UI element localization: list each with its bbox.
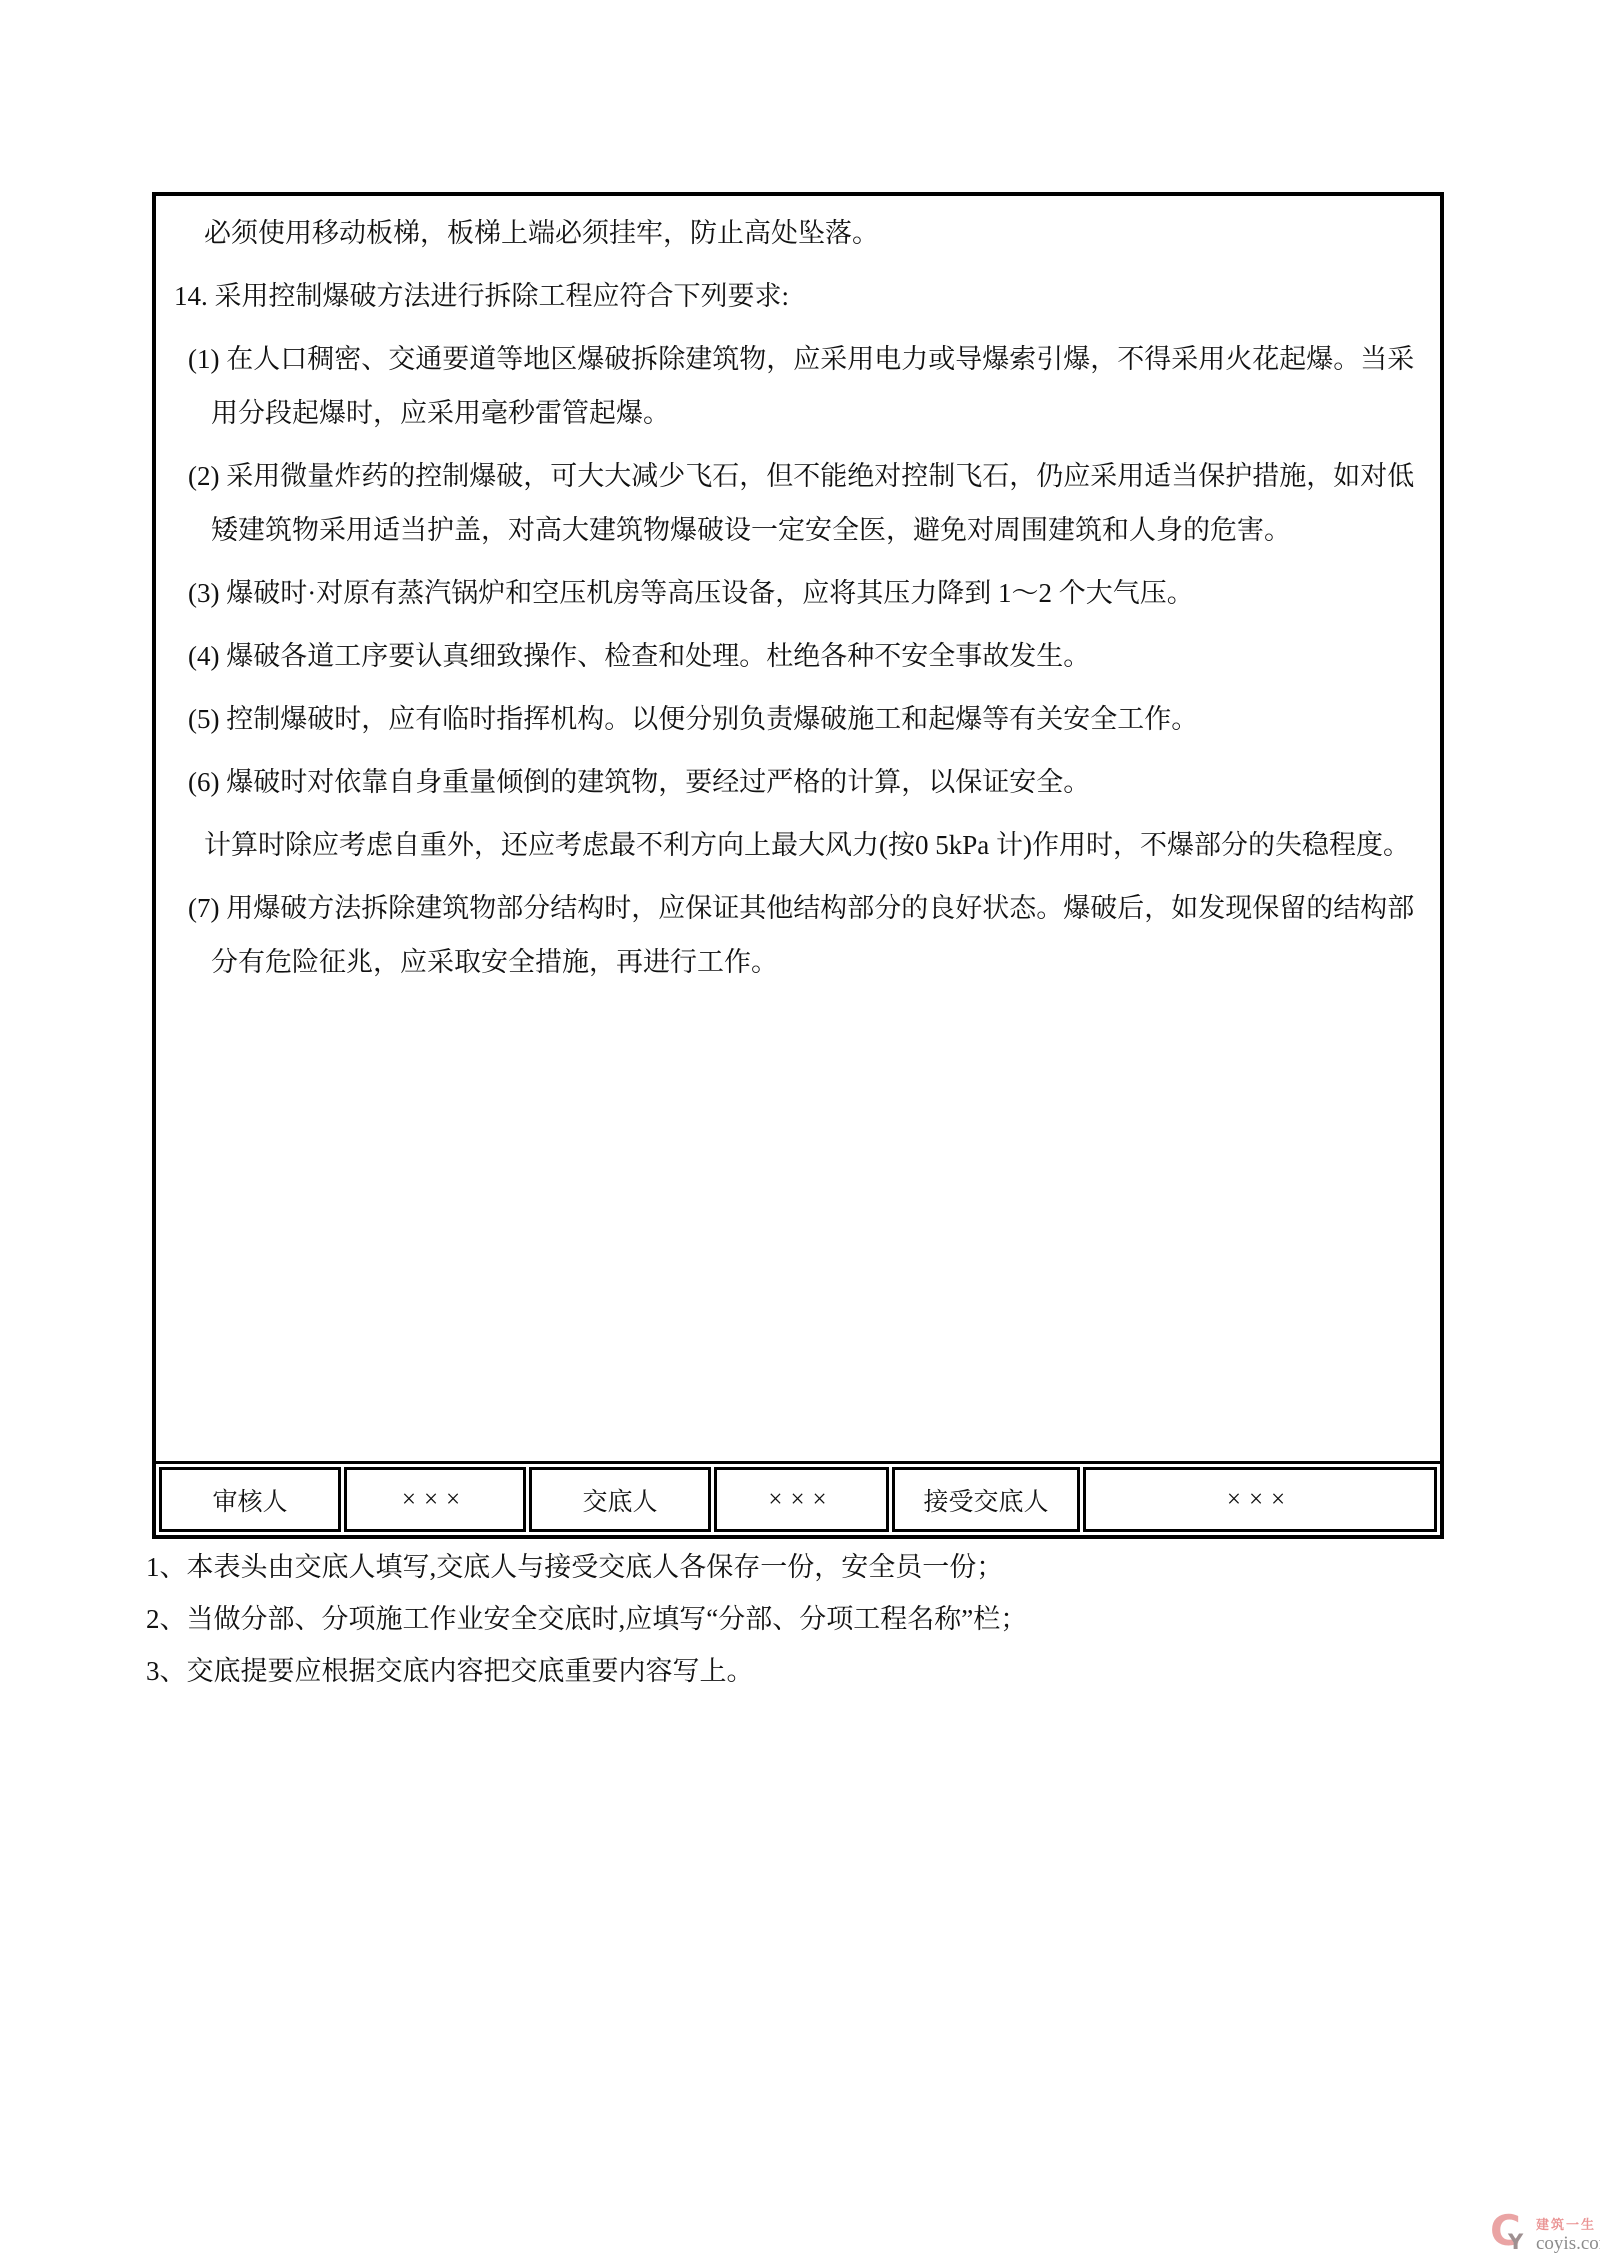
document-page: 必须使用移动板梯，板梯上端必须挂牢，防止高处坠落。 14. 采用控制爆破方法进行… <box>0 0 1600 2262</box>
item-14-3: (3) 爆破时·对原有蒸汽锅炉和空压机房等高压设备，应将其压力降到 1～2 个大… <box>156 566 1426 620</box>
item-14-heading: 14. 采用控制爆破方法进行拆除工程应符合下列要求: <box>156 269 1426 323</box>
reviewer-label-cell: 审核人 <box>159 1467 341 1532</box>
item-14-7: (7) 用爆破方法拆除建筑物部分结构时，应保证其他结构部分的良好状态。爆破后，如… <box>156 881 1426 989</box>
receiver-label-cell: 接受交底人 <box>892 1467 1080 1532</box>
briefing-content-area: 必须使用移动板梯，板梯上端必须挂牢，防止高处坠落。 14. 采用控制爆破方法进行… <box>156 196 1440 1464</box>
discloser-value-cell: ××× <box>714 1467 889 1532</box>
watermark-text: 建筑一生 coyis.com <box>1536 2218 1600 2255</box>
footnotes: 1、本表头由交底人填写,交底人与接受交底人各保存一份，安全员一份； 2、当做分部… <box>146 1541 1456 1697</box>
item-14-1: (1) 在人口稠密、交通要道等地区爆破拆除建筑物，应采用电力或导爆索引爆，不得采… <box>156 332 1426 440</box>
safety-briefing-form: 必须使用移动板梯，板梯上端必须挂牢，防止高处坠落。 14. 采用控制爆破方法进行… <box>152 192 1444 1539</box>
signature-row: 审核人 ××× 交底人 ××× 接受交底人 ××× <box>156 1464 1440 1535</box>
coyis-watermark: C Y 建筑一生 coyis.com <box>1490 2218 1600 2260</box>
coyis-logo-y-icon: Y <box>1508 2232 1523 2253</box>
item-14-2: (2) 采用微量炸药的控制爆破，可大大减少飞石，但不能绝对控制飞石，仍应采用适当… <box>156 449 1426 557</box>
discloser-label-cell: 交底人 <box>529 1467 711 1532</box>
watermark-brand-domain: coyis.com <box>1536 2233 1600 2255</box>
paragraph-ladder-note: 必须使用移动板梯，板梯上端必须挂牢，防止高处坠落。 <box>156 206 1426 260</box>
reviewer-value-cell: ××× <box>344 1467 526 1532</box>
watermark-brand-cn: 建筑一生 <box>1536 2218 1600 2233</box>
item-14-6: (6) 爆破时对依靠自身重量倾倒的建筑物，要经过严格的计算，以保证安全。 <box>156 755 1426 809</box>
footnote-3: 3、交底提要应根据交底内容把交底重要内容写上。 <box>146 1645 1456 1697</box>
receiver-value-cell: ××× <box>1083 1467 1437 1532</box>
footnote-2: 2、当做分部、分项施工作业安全交底时,应填写“分部、分项工程名称”栏； <box>146 1593 1456 1645</box>
footnote-1: 1、本表头由交底人填写,交底人与接受交底人各保存一份，安全员一份； <box>146 1541 1456 1593</box>
item-14-4: (4) 爆破各道工序要认真细致操作、检查和处理。杜绝各种不安全事故发生。 <box>156 629 1426 683</box>
wind-load-note: 计算时除应考虑自重外，还应考虑最不利方向上最大风力(按0 5kPa 计)作用时，… <box>156 818 1426 872</box>
item-14-5: (5) 控制爆破时，应有临时指挥机构。以便分别负责爆破施工和起爆等有关安全工作。 <box>156 692 1426 746</box>
